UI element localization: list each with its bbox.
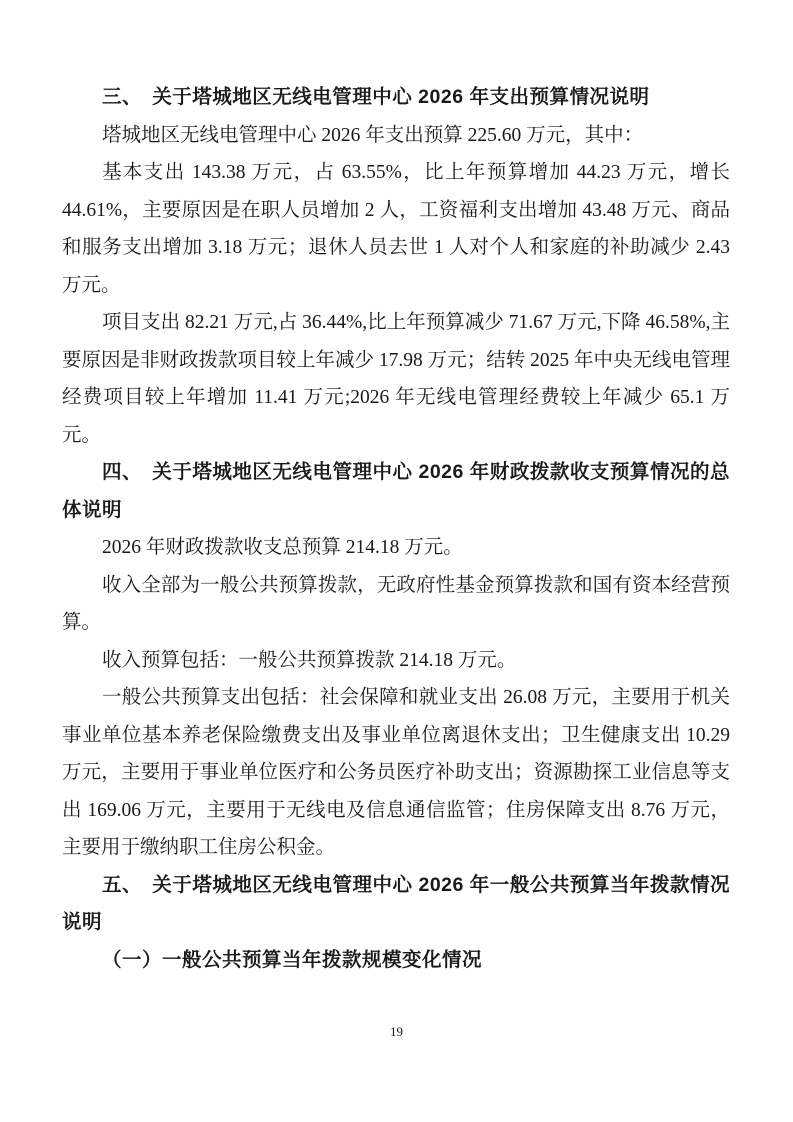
section-heading-fiscal-appropriation: 四、 关于塔城地区无线电管理中心 2026 年财政拨款收支预算情况的总体说明 [62, 454, 730, 529]
para-income-source: 收入全部为一般公共预算拨款，无政府性基金预算拨款和国有资本经营预算。 [62, 567, 730, 642]
subheading-appropriation-scale-change: （一）一般公共预算当年拨款规模变化情况 [62, 942, 730, 980]
para-income-budget: 收入预算包括：一般公共预算拨款 214.18 万元。 [62, 642, 730, 680]
page-number: 19 [0, 1024, 793, 1040]
budget-document-page: 三、 关于塔城地区无线电管理中心 2026 年支出预算情况说明 塔城地区无线电管… [0, 0, 793, 1122]
document-content: 三、 关于塔城地区无线电管理中心 2026 年支出预算情况说明 塔城地区无线电管… [62, 79, 730, 979]
para-project-expenditure: 项目支出 82.21 万元,占 36.44%,比上年预算减少 71.67 万元,… [62, 304, 730, 454]
section-heading-expenditure-budget: 三、 关于塔城地区无线电管理中心 2026 年支出预算情况说明 [62, 79, 730, 117]
para-basic-expenditure: 基本支出 143.38 万元，占 63.55%，比上年预算增加 44.23 万元… [62, 154, 730, 304]
section-heading-current-year-appropriation: 五、 关于塔城地区无线电管理中心 2026 年一般公共预算当年拨款情况说明 [62, 867, 730, 942]
para-fiscal-total-budget: 2026 年财政拨款收支总预算 214.18 万元。 [62, 529, 730, 567]
para-expenditure-total: 塔城地区无线电管理中心 2026 年支出预算 225.60 万元，其中： [62, 117, 730, 155]
para-general-public-expenditure: 一般公共预算支出包括：社会保障和就业支出 26.08 万元，主要用于机关事业单位… [62, 679, 730, 867]
